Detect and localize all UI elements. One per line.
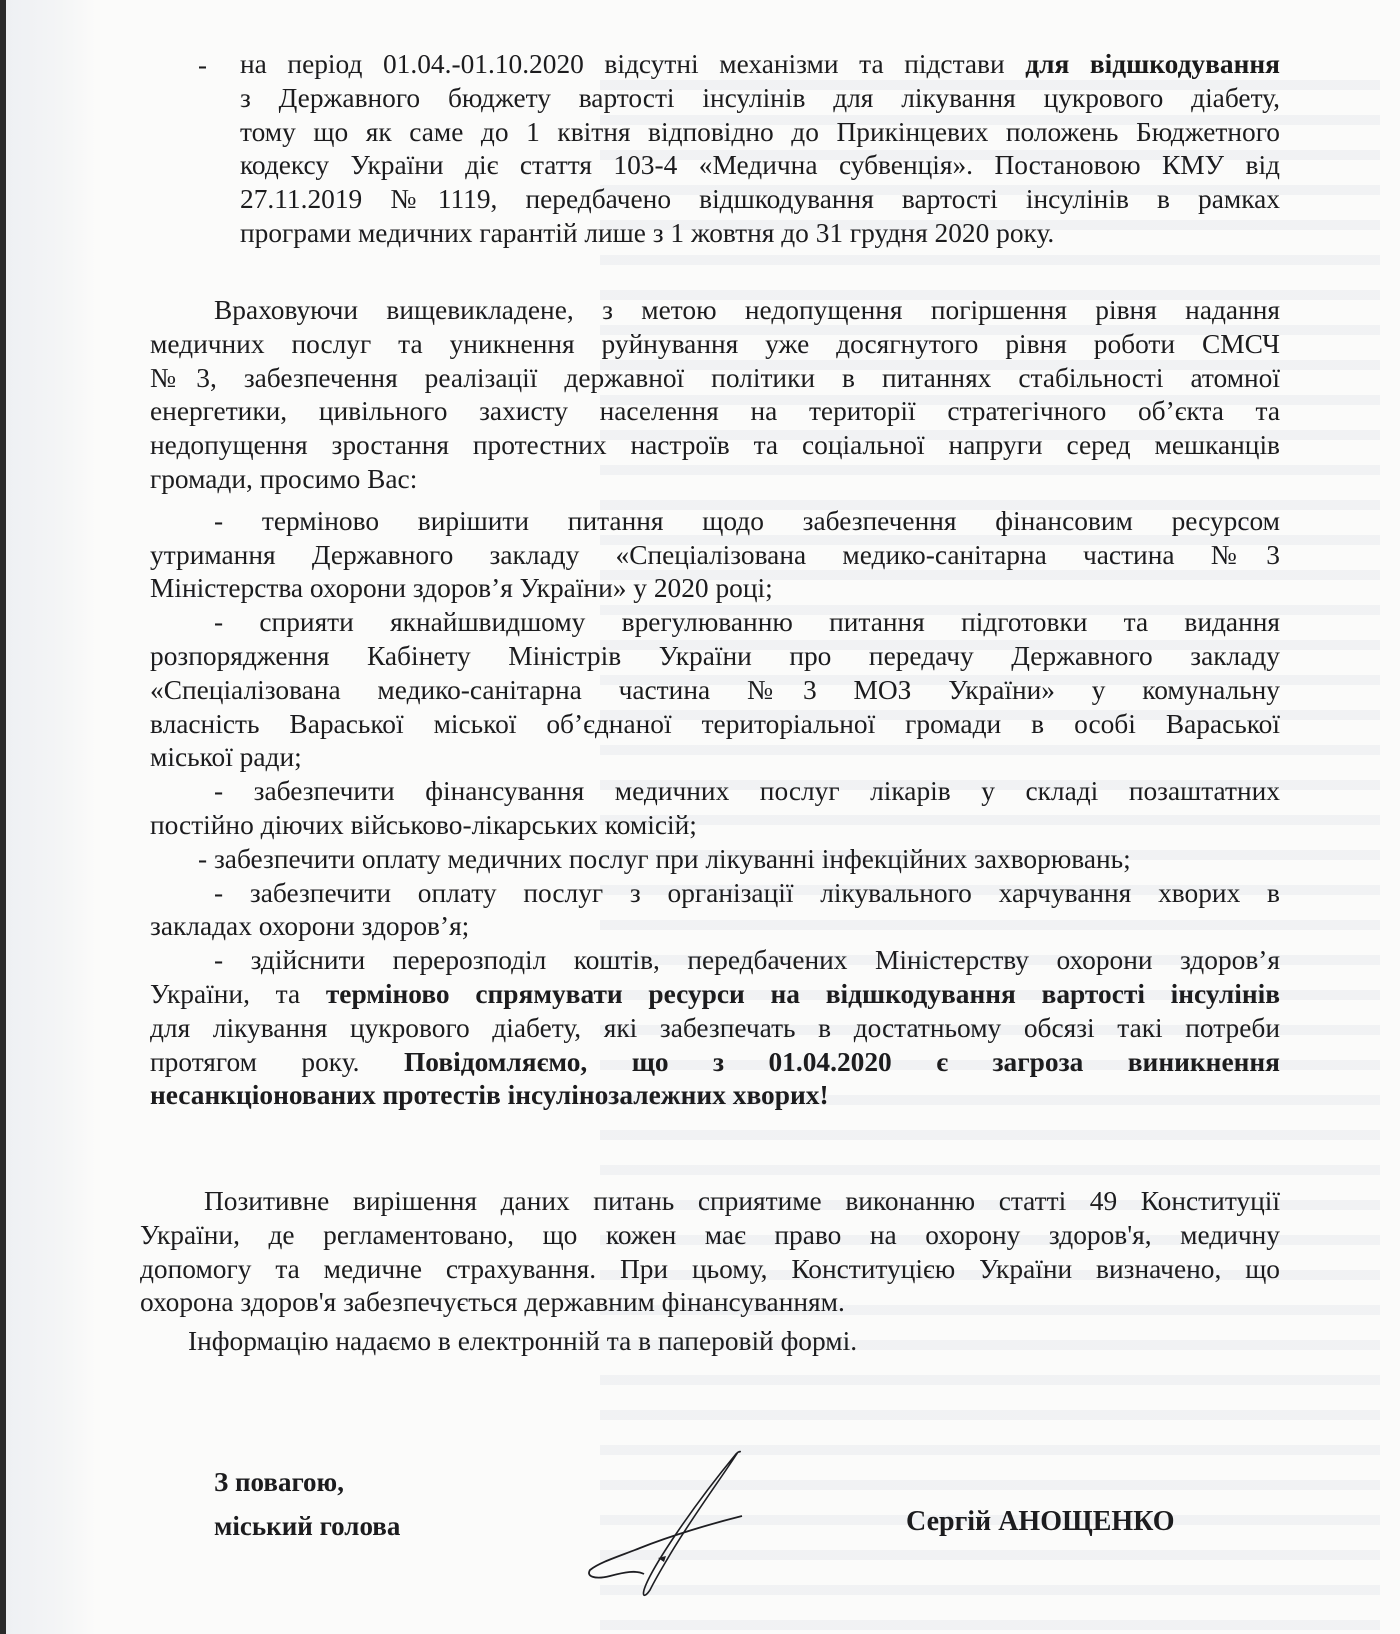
signer-name: Сергій АНОЩЕНКО: [906, 1500, 1175, 1544]
paragraph-insulin-funding-gap: на період 01.04.-01.10.2020 відсутні мех…: [240, 48, 1280, 251]
request-item-6-line: несанкціонованих протестів інсулінозалеж…: [150, 1079, 1280, 1113]
text-line: Позитивне вирішення даних питань сприяти…: [140, 1185, 1280, 1219]
request-item-2-line: «Спеціалізована медико-санітарна частина…: [150, 674, 1280, 708]
request-item-3-line: - забезпечити фінансування медичних посл…: [150, 775, 1280, 809]
text-line: України, де регламентовано, що кожен має…: [140, 1219, 1280, 1253]
request-item-3-line: постійно діючих військово-лікарських ком…: [150, 809, 1280, 843]
text-segment: протягом року.: [150, 1047, 404, 1077]
handwritten-signature-icon: [570, 1440, 770, 1620]
request-item-4-line: - забезпечити оплату медичних послуг при…: [150, 843, 1280, 877]
text-line: програми медичних гарантій лише з 1 жовт…: [240, 217, 1280, 251]
text-line: допомогу та медичне страхування. При цьо…: [140, 1253, 1280, 1287]
request-item-6-line: України, та терміново спрямувати ресурси…: [150, 978, 1280, 1012]
text-line: енергетики, цивільного захисту населення…: [150, 395, 1280, 429]
text-line: кодексу України діє стаття 103-4 «Медичн…: [240, 149, 1280, 183]
bullet-dash: -: [198, 50, 207, 81]
text-line: 27.11.2019 №1119, передбачено відшкодува…: [240, 183, 1280, 217]
bold-segment: терміново спрямувати ресурси на відшкоду…: [326, 979, 1280, 1009]
text-line: медичних послуг та уникнення руйнування …: [150, 328, 1280, 362]
request-item-1-line: Міністерства охорони здоров’я України» у…: [150, 572, 1280, 606]
bold-segment: для відшкодування: [1025, 49, 1280, 79]
spacer: [150, 497, 1280, 505]
request-item-1-line: утримання Державного закладу «Спеціалізо…: [150, 539, 1280, 573]
text-line: на період 01.04.-01.10.2020 відсутні мех…: [240, 48, 1280, 82]
paragraph-info-format: Інформацію надаємо в електронній та в па…: [188, 1325, 1088, 1359]
request-item-6-line: для лікування цукрового діабету, які заб…: [150, 1012, 1280, 1046]
request-item-2-line: - сприяти якнайшвидшому врегулюванню пит…: [150, 606, 1280, 640]
request-item-5-line: закладах охорони здоров’я;: [150, 910, 1280, 944]
text-line: №3, забезпечення реалізації державної по…: [150, 362, 1280, 396]
request-item-6-line: протягом року. Повідомляємо, що з 01.04.…: [150, 1046, 1280, 1080]
request-item-6-line: - здійснити перерозподіл коштів, передба…: [150, 944, 1280, 978]
paragraph-requests-body: Враховуючи вищевикладене, з метою недопу…: [150, 294, 1280, 1113]
request-item-5-line: - забезпечити оплату послуг з організаці…: [150, 877, 1280, 911]
letter-page: - на період 01.04.-01.10.2020 відсутні м…: [0, 0, 1400, 1634]
closing-salutation: З повагою, міський голова: [214, 1460, 400, 1548]
text-line: Враховуючи вищевикладене, з метою недопу…: [150, 294, 1280, 328]
text-line: тому що як саме до 1 квітня відповідно д…: [240, 116, 1280, 150]
text-segment: України, та: [150, 979, 326, 1009]
closing-regards: З повагою,: [214, 1460, 400, 1504]
request-item-2-line: розпорядження Кабінету Міністрів України…: [150, 640, 1280, 674]
text-line: Інформацію надаємо в електронній та в па…: [188, 1325, 1088, 1359]
bold-segment: Повідомляємо, що з 01.04.2020 є загроза …: [404, 1047, 1280, 1077]
request-item-1-line: - терміново вирішити питання щодо забезп…: [150, 505, 1280, 539]
text-line: громади, просимо Вас:: [150, 463, 1280, 497]
text-line: недопущення зростання протестних настрої…: [150, 429, 1280, 463]
text-segment: на період 01.04.-01.10.2020 відсутні мех…: [240, 49, 1025, 79]
closing-title: міський голова: [214, 1504, 400, 1548]
request-item-2-line: міської ради;: [150, 741, 1280, 775]
paragraph-constitution: Позитивне вирішення даних питань сприяти…: [140, 1185, 1280, 1320]
request-item-2-line: власність Вараської міської об’єднаної т…: [150, 708, 1280, 742]
text-line: з Державного бюджету вартості інсулінів …: [240, 82, 1280, 116]
text-line: охорона здоров'я забезпечується державни…: [140, 1286, 1280, 1320]
